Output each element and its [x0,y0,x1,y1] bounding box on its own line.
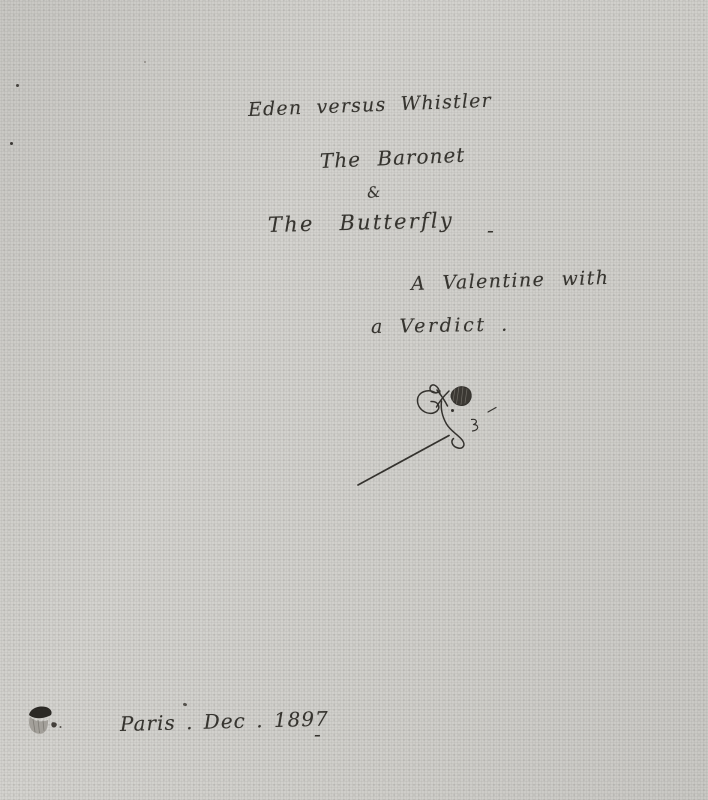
title-line: Eden versus Whistler [248,90,493,121]
ampersand-mark: & [366,183,381,202]
paper-speck [16,84,19,87]
butterfly-squiggle [472,419,478,431]
butterfly-left-wing [417,391,438,414]
butterfly-side-dash [488,408,496,413]
ink-blot-dark [29,706,52,718]
paper-speck [183,702,188,706]
paper-speck [10,142,13,145]
ink-blot-dot [60,726,62,728]
dateline: Paris . Dec . 1897 [120,707,329,736]
butterfly-dot [451,409,454,412]
manuscript-page: Eden versus Whistler The Baronet & The B… [0,0,708,800]
butterfly-sting-line [358,436,449,486]
butterfly-tail [441,401,464,448]
subtitle-line-butterfly: The Butterfly [268,208,454,237]
ink-blot [20,700,68,742]
whistler-butterfly-signature-icon [350,376,506,491]
verdict-line: a Verdict . [371,314,510,338]
ink-blot-side-mark [51,722,57,727]
dash-after-date: - [314,722,321,746]
valentine-line: A Valentine with [411,267,610,295]
dash-after-butterfly: - [487,218,494,242]
paper-speck [144,61,146,63]
subtitle-line-baronet: The Baronet [319,143,465,173]
